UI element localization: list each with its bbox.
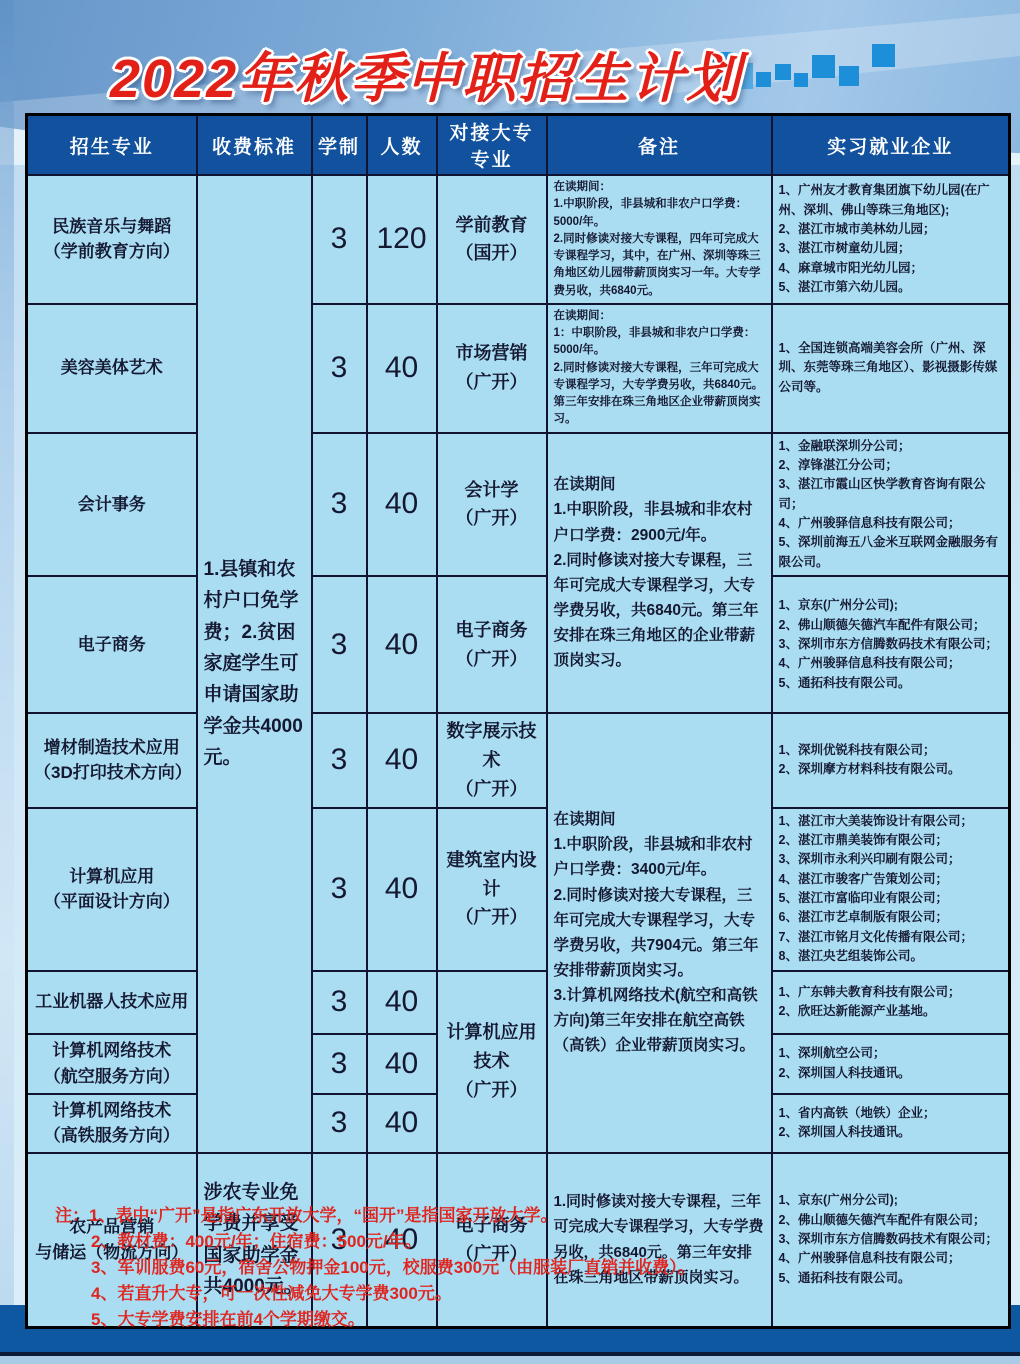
count-cell: 40 (367, 576, 437, 713)
major-cell: 计算机网络技术 （航空服务方向） (27, 1034, 197, 1094)
major-cell: 计算机网络技术 （高铁服务方向） (27, 1094, 197, 1153)
decor-square-icon (794, 73, 808, 87)
header-college: 对接大专专业 (437, 115, 547, 176)
college-major-cell: 电子商务 （广开） (437, 576, 547, 713)
companies-cell: 1、京东(广州分公司); 2、佛山顺德矢德汽车配件有限公司； 3、深圳市东方信腾… (772, 1153, 1010, 1328)
major-cell: 会计事务 (27, 433, 197, 577)
page-title: 2022年秋季中职招生计划 (110, 36, 742, 113)
years-cell: 3 (312, 175, 367, 304)
table-row: 电子商务 3 40 电子商务 （广开） 1、京东(广州分公司); 2、佛山顺德矢… (27, 576, 1010, 713)
left-edge-decor (0, 0, 14, 1364)
footnote-line: 1、表中“广开”是指广东开放大学，“国开”是指国家开放大学。 (89, 1203, 557, 1229)
header-years: 学制 (312, 115, 367, 176)
years-cell: 3 (312, 971, 367, 1034)
footnote-prefix: 注： (55, 1203, 89, 1229)
header-major: 招生专业 (27, 115, 197, 176)
header-fee: 收费标准 (197, 115, 312, 176)
companies-cell: 1、广州友才教育集团旗下幼儿园(在广州、深圳、佛山等珠三角地区); 2、湛江市城… (772, 175, 1010, 304)
table-row: 会计事务 3 40 会计学 （广开） 在读期间 1.中职阶段，非县城和非农村户口… (27, 433, 1010, 577)
companies-cell: 1、深圳优锐科技有限公司； 2、深圳摩方材料科技有限公司。 (772, 713, 1010, 807)
table-row: 民族音乐与舞蹈 （学前教育方向） 1.县镇和农村户口免学费；2.贫困家庭学生可申… (27, 175, 1010, 304)
years-cell: 3 (312, 304, 367, 433)
major-cell: 计算机应用 （平面设计方向） (27, 808, 197, 971)
count-cell: 40 (367, 971, 437, 1034)
footnote-line: 5、大专学费安排在前4个学期缴交。 (91, 1307, 365, 1333)
footnote-line: 4、若直升大专，可一次性减免大专学费300元。 (91, 1281, 452, 1307)
years-cell: 3 (312, 576, 367, 713)
table-row: 美容美体艺术 3 40 市场营销 （广开） 在读期间： 1：中职阶段，非县城和非… (27, 304, 1010, 433)
major-cell: 美容美体艺术 (27, 304, 197, 433)
years-cell: 3 (312, 1094, 367, 1153)
remark-cell: 在读期间 1.中职阶段，非县城和非农村户口学费：3400元/年。 2.同时修读对… (547, 713, 772, 1152)
companies-cell: 1、广东韩夫教育科技有限公司； 2、欣旺达新能源产业基地。 (772, 971, 1010, 1034)
count-cell: 40 (367, 1094, 437, 1153)
college-major-cell: 市场营销 （广开） (437, 304, 547, 433)
count-cell: 40 (367, 433, 437, 577)
companies-cell: 1、深圳航空公司； 2、深圳国人科技通讯。 (772, 1034, 1010, 1094)
companies-cell: 1、省内高铁（地铁）企业； 2、深圳国人科技通讯。 (772, 1094, 1010, 1153)
table-row: 工业机器人技术应用 3 40 计算机应用技术 （广开） 1、广东韩夫教育科技有限… (27, 971, 1010, 1034)
count-cell: 40 (367, 1034, 437, 1094)
footnote-line: 3、军训服费60元，宿舍公物押金100元，校服费300元（由服装厂直销并收费）。 (91, 1255, 695, 1281)
enrollment-table: 招生专业 收费标准 学制 人数 对接大专专业 备注 实习就业企业 民族音乐与舞蹈… (25, 113, 1011, 1329)
major-cell: 电子商务 (27, 576, 197, 713)
major-cell: 增材制造技术应用 （3D打印技术方向） (27, 713, 197, 807)
years-cell: 3 (312, 1034, 367, 1094)
major-cell: 工业机器人技术应用 (27, 971, 197, 1034)
companies-cell: 1、京东(广州分公司); 2、佛山顺德矢德汽车配件有限公司； 3、深圳市东方信腾… (772, 576, 1010, 713)
count-cell: 120 (367, 175, 437, 304)
college-major-cell: 建筑室内设计 （广开） (437, 808, 547, 971)
college-major-cell: 会计学 （广开） (437, 433, 547, 577)
years-cell: 3 (312, 713, 367, 807)
remark-cell: 在读期间 1.中职阶段，非县城和非农村户口学费：2900元/年。 2.同时修读对… (547, 433, 772, 714)
companies-cell: 1、金融联深圳分公司； 2、淳锋湛江分公司； 3、湛江市霞山区快学教育咨询有限公… (772, 433, 1010, 577)
table-row: 增材制造技术应用 （3D打印技术方向） 3 40 数字展示技术 （广开） 在读期… (27, 713, 1010, 807)
count-cell: 40 (367, 713, 437, 807)
footnote-line: 2、教材费：400元/年；住宿费：500元/年。 (91, 1229, 422, 1255)
header-count: 人数 (367, 115, 437, 176)
table-header-row: 招生专业 收费标准 学制 人数 对接大专专业 备注 实习就业企业 (27, 115, 1010, 176)
college-major-cell: 计算机应用技术 （广开） (437, 971, 547, 1153)
college-major-cell: 学前教育 （国开） (437, 175, 547, 304)
decor-square-icon (756, 72, 771, 87)
major-cell: 民族音乐与舞蹈 （学前教育方向） (27, 175, 197, 304)
table-row: 计算机应用 （平面设计方向） 3 40 建筑室内设计 （广开） 1、湛江市大美装… (27, 808, 1010, 971)
decor-square-icon (775, 64, 791, 80)
college-major-cell: 数字展示技术 （广开） (437, 713, 547, 807)
count-cell: 40 (367, 808, 437, 971)
years-cell: 3 (312, 808, 367, 971)
count-cell: 40 (367, 304, 437, 433)
header-companies: 实习就业企业 (772, 115, 1010, 176)
header-remark: 备注 (547, 115, 772, 176)
companies-cell: 1、全国连锁高端美容会所（广州、深圳、东莞等珠三角地区）、影视摄影传媒公司等。 (772, 304, 1010, 433)
decor-square-icon (812, 55, 835, 78)
fee-cell-main: 1.县镇和农村户口免学费；2.贫困家庭学生可申请国家助学金共4000元。 (197, 175, 312, 1153)
bottom-strip (0, 1356, 1020, 1364)
decor-square-icon (839, 66, 859, 86)
remark-cell: 在读期间： 1：中职阶段，非县城和非农户口学费：5000/年。 2.同时修读对接… (547, 304, 772, 433)
years-cell: 3 (312, 433, 367, 577)
decor-square-icon (872, 44, 895, 67)
companies-cell: 1、湛江市大美装饰设计有限公司； 2、湛江市鼎美装饰有限公司； 3、深圳市永利兴… (772, 808, 1010, 971)
footnotes: 注： 1、表中“广开”是指广东开放大学，“国开”是指国家开放大学。 2、教材费：… (55, 1203, 695, 1333)
remark-cell: 在读期间： 1.中职阶段，非县城和非农户口学费：5000/年。 2.同时修读对接… (547, 175, 772, 304)
